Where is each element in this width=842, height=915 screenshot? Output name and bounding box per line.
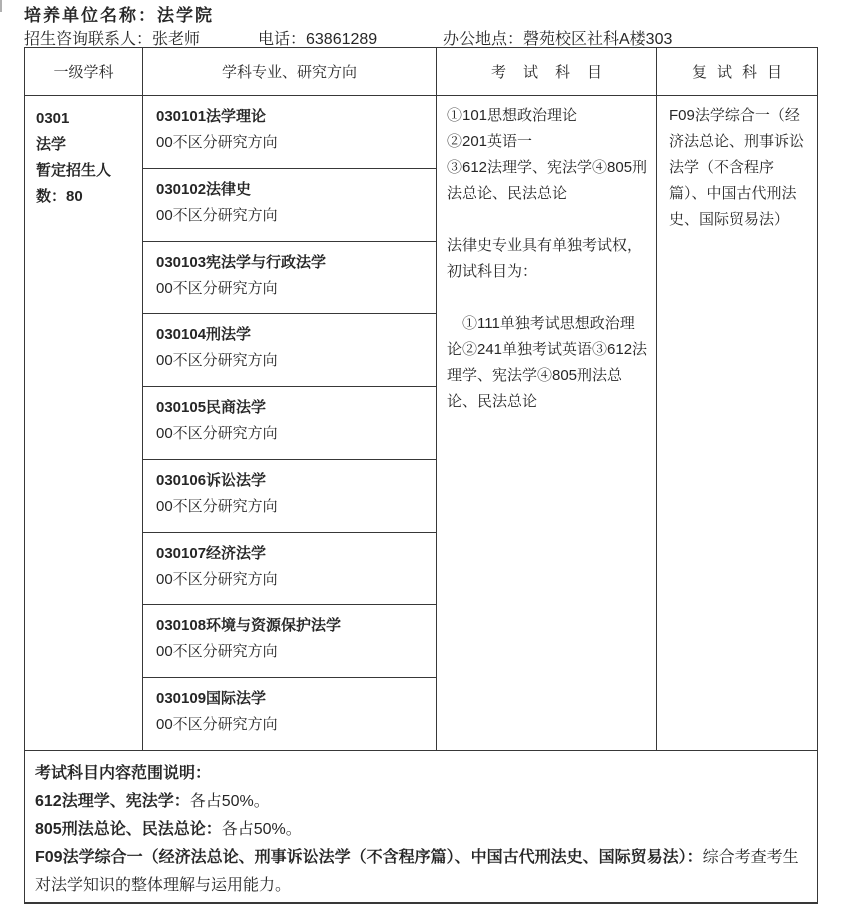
specialty-row: 030104刑法学 00不区分研究方向 xyxy=(143,314,436,387)
note-label: 612法理学、宪法学： xyxy=(35,793,190,810)
contact-phone: 电话：63861289 xyxy=(258,26,377,49)
specialty-code-name: 030101法学理论 xyxy=(156,104,424,130)
exam-subjects-cell: ①101思想政治理论 ②201英语一 ③612法理学、宪法学④805刑 法总论、… xyxy=(437,96,657,750)
reexam-subjects: F09法学综合一（经 济法总论、刑事诉讼 法学（不含程序 篇）、中国古代刑法 史… xyxy=(669,103,807,233)
table-body-row: 0301 法学 暂定招生人 数：80 030101法学理论 00不区分研究方向 … xyxy=(25,96,817,751)
specialty-row: 030107经济法学 00不区分研究方向 xyxy=(143,533,436,606)
research-direction: 00不区分研究方向 xyxy=(156,712,424,738)
note-item: F09法学综合一（经济法总论、刑事诉讼法学（不含程序篇）、中国古代刑法史、国际贸… xyxy=(35,844,807,900)
contact-person: 招生咨询联系人：张老师 xyxy=(24,26,200,49)
specialty-row: 030105民商法学 00不区分研究方向 xyxy=(143,387,436,460)
contact-line: 招生咨询联系人：张老师 电话：63861289 办公地点：磬苑校区社科A楼303 xyxy=(0,26,842,46)
note-item: 805刑法总论、民法总论：各占50%。 xyxy=(35,816,807,844)
header-cell-exam: 考试科目 xyxy=(437,48,657,95)
research-direction: 00不区分研究方向 xyxy=(156,203,424,229)
exam-subjects: ①101思想政治理论 ②201英语一 ③612法理学、宪法学④805刑 法总论、… xyxy=(447,103,650,207)
note-label: F09法学综合一（经济法总论、刑事诉讼法学（不含程序篇）、中国古代刑法史、国际贸… xyxy=(35,849,703,866)
specialty-row: 030106诉讼法学 00不区分研究方向 xyxy=(143,460,436,533)
specialty-code-name: 030104刑法学 xyxy=(156,322,424,348)
header-cell-specialty: 学科专业、研究方向 xyxy=(143,48,437,95)
research-direction: 00不区分研究方向 xyxy=(156,639,424,665)
specialty-row: 030102法律史 00不区分研究方向 xyxy=(143,169,436,242)
page-title: 培养单位名称：法学院 xyxy=(24,1,214,26)
discipline-quota: 暂定招生人 数：80 xyxy=(36,158,132,210)
note-item: 612法理学、宪法学：各占50%。 xyxy=(35,788,807,816)
specialty-code-name: 030109国际法学 xyxy=(156,686,424,712)
specialty-row: 030101法学理论 00不区分研究方向 xyxy=(143,96,436,169)
research-direction: 00不区分研究方向 xyxy=(156,494,424,520)
specialty-code-name: 030107经济法学 xyxy=(156,541,424,567)
note-text: 各占50%。 xyxy=(190,793,270,810)
specialty-code-name: 030103宪法学与行政法学 xyxy=(156,250,424,276)
specialty-code-name: 030102法律史 xyxy=(156,177,424,203)
note-text: 各占50%。 xyxy=(222,821,302,838)
header-cell-reexam: 复试科目 xyxy=(657,48,817,95)
research-direction: 00不区分研究方向 xyxy=(156,421,424,447)
specialty-row: 030108环境与资源保护法学 00不区分研究方向 xyxy=(143,605,436,678)
specialty-code-name: 030108环境与资源保护法学 xyxy=(156,613,424,639)
contact-office: 办公地点：磬苑校区社科A楼303 xyxy=(443,26,672,49)
separate-exam-note: 法律史专业具有单独考试权， 初试科目为： xyxy=(447,233,650,285)
header-cell-discipline: 一级学科 xyxy=(25,48,143,95)
discipline-code: 0301 xyxy=(36,106,132,132)
notes-section: 考试科目内容范围说明： 612法理学、宪法学：各占50%。 805刑法总论、民法… xyxy=(25,751,817,902)
research-direction: 00不区分研究方向 xyxy=(156,567,424,593)
admission-table: 一级学科 学科专业、研究方向 考试科目 复试科目 0301 法学 暂定招生人 数… xyxy=(24,47,818,904)
specialty-row: 030109国际法学 00不区分研究方向 xyxy=(143,678,436,750)
notes-heading: 考试科目内容范围说明： xyxy=(35,760,807,788)
page-edge-artifact xyxy=(0,0,2,12)
specialty-code-name: 030106诉讼法学 xyxy=(156,468,424,494)
reexam-subjects-cell: F09法学综合一（经 济法总论、刑事诉讼 法学（不含程序 篇）、中国古代刑法 史… xyxy=(657,96,817,750)
separate-exam-subjects: ①111单独考试思想政治理 论②241单独考试英语③612法 理学、宪法学④80… xyxy=(447,311,650,415)
specialty-column: 030101法学理论 00不区分研究方向 030102法律史 00不区分研究方向… xyxy=(143,96,437,750)
specialty-code-name: 030105民商法学 xyxy=(156,395,424,421)
discipline-cell: 0301 法学 暂定招生人 数：80 xyxy=(25,96,143,750)
research-direction: 00不区分研究方向 xyxy=(156,130,424,156)
specialty-row: 030103宪法学与行政法学 00不区分研究方向 xyxy=(143,242,436,315)
discipline-name: 法学 xyxy=(36,132,132,158)
note-label: 805刑法总论、民法总论： xyxy=(35,821,222,838)
research-direction: 00不区分研究方向 xyxy=(156,348,424,374)
research-direction: 00不区分研究方向 xyxy=(156,276,424,302)
table-header-row: 一级学科 学科专业、研究方向 考试科目 复试科目 xyxy=(25,48,817,96)
